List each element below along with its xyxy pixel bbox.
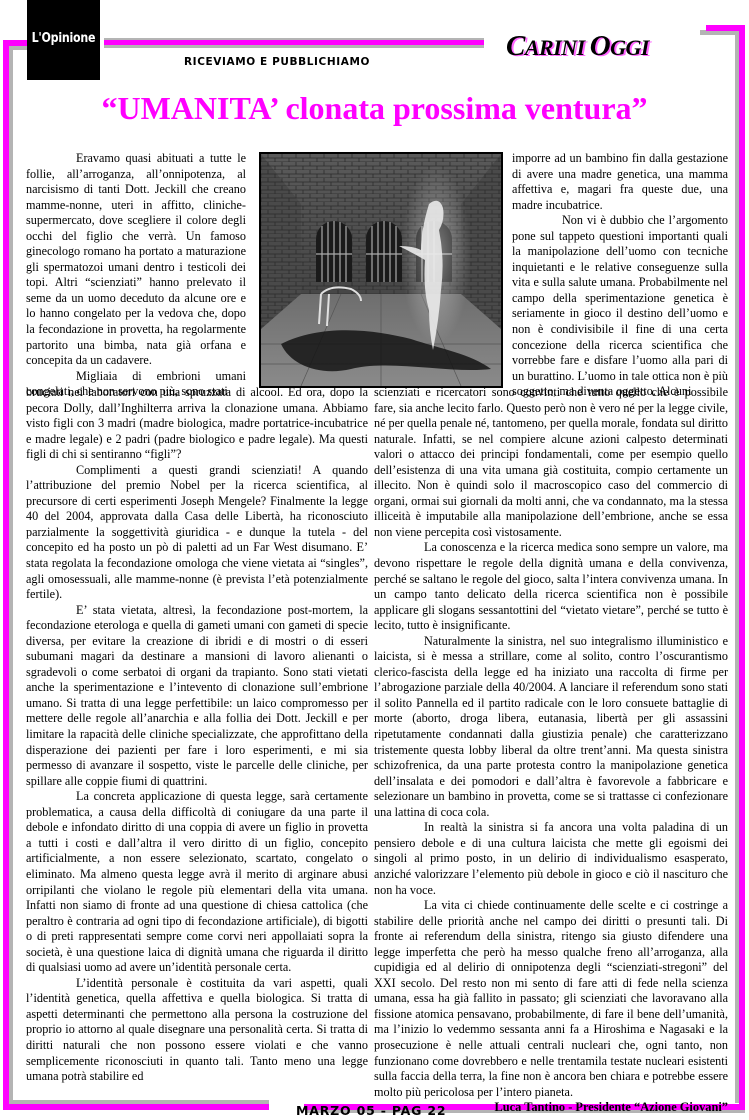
section-label: RICEVIAMO E PUBBLICHIAMO: [184, 56, 370, 68]
paragraph: imporre ad un bambino fin dalla gestazio…: [512, 151, 728, 213]
paragraph: In realtà la sinistra si fa ancora una v…: [374, 820, 728, 898]
paragraph: scienziati e ricercatori sono convinti c…: [374, 385, 728, 540]
ghost-skeleton-cell-illustration: [261, 154, 501, 386]
paragraph: La vita ci chiede continuamente delle sc…: [374, 898, 728, 1100]
masthead-initial-c: C: [506, 30, 525, 62]
logo-text: L'Opinione: [32, 31, 96, 46]
column-top-left: Eravamo quasi abituati a tutte le follie…: [26, 151, 246, 400]
frame-right: [739, 25, 745, 1110]
issue-page-footer: MARZO 05 - PAG 22: [296, 1103, 446, 1118]
paragraph: Naturalmente la sinistra, nel suo integr…: [374, 634, 728, 821]
article-headline: “UMANITA’ clonata prossima ventura”: [0, 90, 749, 127]
masthead-rest-arini: ARINI: [525, 35, 590, 60]
paragraph: L’identità personale è costituita da var…: [26, 976, 368, 1085]
paragraph: Complimenti a questi grandi scienziati! …: [26, 463, 368, 603]
frame-bottom-left: [3, 1104, 269, 1110]
article-photo: [259, 152, 503, 388]
paragraph: E’ stata vietata, altresì, la fecondazio…: [26, 603, 368, 790]
masthead-initial-o: O: [590, 30, 610, 62]
masthead-carini-oggi: CARINI OGGI: [506, 30, 649, 63]
opinione-logo: L'Opinione: [27, 0, 100, 80]
frame-top-main: [104, 40, 484, 45]
paragraph: La conoscenza e la ricerca medica sono s…: [374, 540, 728, 633]
column-left: bruciati nei laboratori con una spruzzat…: [26, 385, 368, 1085]
paragraph: Eravamo quasi abituati a tutte le follie…: [26, 151, 246, 369]
frame-left: [3, 40, 9, 1110]
column-top-right: imporre ad un bambino fin dalla gestazio…: [512, 151, 728, 400]
column-right: scienziati e ricercatori sono convinti c…: [374, 385, 728, 1116]
masthead-rest-ggi: GGI: [610, 35, 649, 60]
paragraph: bruciati nei laboratori con una spruzzat…: [26, 385, 368, 463]
paragraph: La concreta applicazione di questa legge…: [26, 789, 368, 976]
frame-shadow-left: [9, 46, 13, 1108]
paragraph: Non vi è dubbio che l’argomento pone sul…: [512, 213, 728, 400]
